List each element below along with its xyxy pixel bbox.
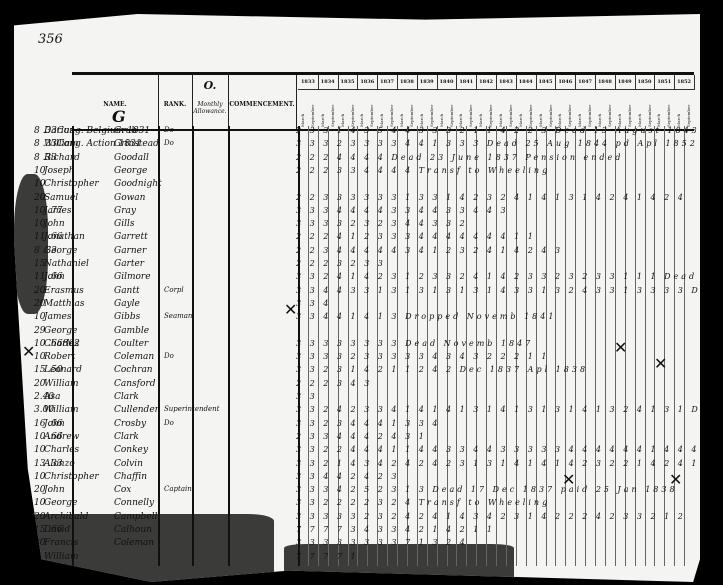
x-mark: ✕ xyxy=(654,354,667,373)
rank: Seaman xyxy=(164,312,192,320)
ledger-row: DariusGrubDo8 .33Cong. Belgium 18312 3 3… xyxy=(34,126,694,140)
first-name: Charles xyxy=(44,339,79,349)
last-name: Gibbs xyxy=(114,312,140,322)
first-name: Francis xyxy=(44,538,78,548)
payment-marks: 2 3 3 4 4 4 2 4 3 1 xyxy=(296,432,427,441)
rank: Do xyxy=(164,352,174,360)
ledger-row: ErasmusGanttCorpl203 3 4 4 3 3 1 3 1 3 1… xyxy=(34,286,694,300)
payment-marks: 3 3 2 2 2 2 3 2 4 Transf to Wheeling xyxy=(296,498,550,507)
payment-marks: 2 3 3 1 4 3 5 4 4 3 3 3 2 1 1 4 2 2 3 De… xyxy=(296,126,700,135)
sub-column-header: September xyxy=(369,91,379,127)
sub-column-header: March xyxy=(320,91,330,127)
first-name: Jonathan xyxy=(44,232,85,242)
ledger-row: LeonardCochran15 .503 3 2 3 1 4 2 1 1 2 … xyxy=(34,365,694,379)
year-header: 1849 xyxy=(615,75,636,90)
first-name: George xyxy=(44,246,77,256)
year-header: 1838 xyxy=(397,75,418,90)
last-name: George xyxy=(114,166,147,176)
sub-column-header: March xyxy=(656,91,666,127)
x-mark: ✕ xyxy=(614,338,627,357)
last-name: Goodnight xyxy=(114,179,162,189)
payment-marks: 3 3 xyxy=(296,392,318,401)
sub-column-header: March xyxy=(617,91,627,127)
rank: Do xyxy=(164,419,174,427)
sub-column-header: March xyxy=(637,91,647,127)
year-header: 1843 xyxy=(496,75,517,90)
ledger-row: WilliamCansford202 2 2 3 4 3 xyxy=(34,379,694,393)
payment-marks: 3 3 4 4 3 3 1 3 1 3 1 3 1 3 1 4 3 3 1 3 … xyxy=(296,286,723,295)
x-mark: ✕ xyxy=(562,470,575,489)
last-name: Coleman xyxy=(114,352,154,362)
payment-marks: 2 2 2 4 4 4 4 Dead 23 June 1837 Pension … xyxy=(296,153,623,162)
sub-column-header: March xyxy=(300,91,310,127)
ledger-row: ArchibaldCampbell203 3 3 3 3 2 3 2 4 2 4… xyxy=(34,512,694,526)
first-name: William xyxy=(44,139,79,149)
sub-column-header: September xyxy=(647,91,657,127)
payment-marks: 3 3 2 4 1 4 2 3 1 2 3 3 2 4 1 4 2 3 3 2 … xyxy=(296,272,723,281)
last-name: Gray xyxy=(114,206,136,216)
rank: Captain xyxy=(164,485,192,493)
payment-marks: 3 3 3 3 2 3 2 3 4 4 3 3 2 xyxy=(296,219,468,228)
ledger-row: JamesGray10 .773 3 3 4 4 4 4 3 3 4 4 3 3… xyxy=(34,206,694,220)
payment-marks: 3 3 2 3 1 4 2 1 1 2 4 2 Dec 1837 Apl 183… xyxy=(296,365,588,374)
ledger-row: ChristopherGoodnight10 xyxy=(34,179,694,193)
sub-column-header: September xyxy=(627,91,637,127)
year-header: 1845 xyxy=(536,75,557,90)
last-name: Calhoun xyxy=(114,525,152,535)
sub-column-header: September xyxy=(409,91,419,127)
ledger-row: GeorgeGamble29 xyxy=(34,326,694,340)
ledger-row: JohnGills103 3 3 3 2 3 2 3 4 4 3 3 2 xyxy=(34,219,694,233)
sub-column-header: March xyxy=(399,91,409,127)
first-name: William xyxy=(44,379,79,389)
ledger-row: JohnCrosbyDo16 .663 3 2 3 4 4 4 1 3 3 4 xyxy=(34,419,694,433)
year-header: 1844 xyxy=(516,75,537,90)
first-name: Darius xyxy=(44,126,74,136)
payment-marks: 3 3 3 3 3 3 3 3 7 1 3 2 4 xyxy=(296,538,468,547)
first-name: Christopher xyxy=(44,472,99,482)
sub-column-header: March xyxy=(478,91,488,127)
sub-column-header: March xyxy=(538,91,548,127)
ledger-row: CharlesConkey103 3 2 2 4 4 4 1 1 4 4 3 3… xyxy=(34,445,694,459)
first-name: Richard xyxy=(44,153,80,163)
sub-column-header: March xyxy=(439,91,449,127)
ledger-row: DavidCalhoun15 .667 7 7 7 3 4 3 3 4 2 1 … xyxy=(34,525,694,539)
ledger-row: AsaClark2.403 3 xyxy=(34,392,694,406)
first-name: Erasmus xyxy=(44,286,84,296)
sub-column-header: March xyxy=(379,91,389,127)
ledger-row: AlonzoColvin13 .333 3 2 1 4 3 4 2 4 2 4 … xyxy=(34,459,694,473)
ledger-row: SamuelGowan202 2 3 3 3 3 3 3 1 3 3 1 4 2… xyxy=(34,193,694,207)
last-name: Garrett xyxy=(114,232,148,242)
year-header: 1851 xyxy=(654,75,675,90)
sub-column-header: September xyxy=(666,91,676,127)
last-name: Gamble xyxy=(114,326,149,336)
payment-marks: 3 3 3 4 4 4 4 3 3 4 4 3 3 4 4 3 xyxy=(296,206,509,215)
sub-column-header: March xyxy=(676,91,686,127)
x-mark: ✕ xyxy=(22,342,35,361)
payment-marks: 3 3 2 1 4 3 4 2 4 2 4 2 3 1 3 1 4 1 4 1 … xyxy=(296,459,713,468)
payment-marks: 3 3 4 4 1 4 1 3 Dropped Novemb 1841 xyxy=(296,312,556,321)
sub-column-header: March xyxy=(498,91,508,127)
year-header: 1842 xyxy=(476,75,497,90)
first-name: George xyxy=(44,498,77,508)
commencement-column-header: COMMENCEMENT. xyxy=(228,75,297,129)
sub-column-header: March xyxy=(419,91,429,127)
ledger-row: GeorgeConnelly103 3 2 2 2 2 3 2 4 Transf… xyxy=(34,498,694,512)
first-name: John xyxy=(44,219,65,229)
year-header: 1834 xyxy=(318,75,339,90)
year-header: 1846 xyxy=(555,75,576,90)
rank: Superintendent xyxy=(164,405,219,413)
first-name: John xyxy=(44,485,65,495)
sub-column-header: September xyxy=(548,91,558,127)
first-name: David xyxy=(44,525,70,535)
ledger-row: JonathanGarrett11 .662 2 2 4 1 2 3 3 3 4… xyxy=(34,232,694,246)
first-name: Andrew xyxy=(44,432,79,442)
payment-marks: 3 3 3 3 3 3 3 3 Dead Novemb 1847 xyxy=(296,339,533,348)
sub-column-header: March xyxy=(577,91,587,127)
last-name: Garter xyxy=(114,259,144,269)
payment-marks: 3 3 3 2 3 3 3 3 4 4 1 3 3 3 Dead 25 Aug … xyxy=(296,139,698,148)
first-name: Christopher xyxy=(44,179,99,189)
payment-marks: 2 2 2 3 2 3 3 xyxy=(296,259,386,268)
sub-column-header: March xyxy=(597,91,607,127)
year-header: 1850 xyxy=(635,75,656,90)
first-name: Leonard xyxy=(44,365,82,375)
year-header: 1833 xyxy=(298,75,319,90)
ledger-row: JohnCoxCaptain203 3 3 4 2 5 2 3 1 3 Dead… xyxy=(34,485,694,499)
last-name: Connelly xyxy=(114,498,154,508)
first-name: George xyxy=(44,326,77,336)
sub-column-header: March xyxy=(359,91,369,127)
rank: Do xyxy=(164,126,174,134)
ledger-row: WilliamCullendenSuperintendent3.003 3 2 … xyxy=(34,405,694,419)
year-header: 1835 xyxy=(338,75,359,90)
sub-column-header: September xyxy=(330,91,340,127)
first-name: Samuel xyxy=(44,193,78,203)
last-name: Cullenden xyxy=(114,405,160,415)
year-header: 1839 xyxy=(417,75,438,90)
x-mark: ✕ xyxy=(284,300,297,319)
year-header: 1840 xyxy=(437,75,458,90)
last-name: Coleman xyxy=(114,538,154,548)
ledger-row: RobertColemanDo103 3 3 3 2 3 3 3 3 3 4 3… xyxy=(34,352,694,366)
last-name: Goodall xyxy=(114,153,149,163)
payment-marks: 3 3 3 4 2 5 2 3 1 3 Dead 17 Dec 1837 pai… xyxy=(296,485,678,494)
section-letter: G xyxy=(112,107,126,126)
sub-column-header: September xyxy=(429,91,439,127)
ledger-row: NathanielGarter152 2 2 3 2 3 3 xyxy=(34,259,694,273)
x-mark: ✕ xyxy=(669,470,682,489)
first-name: William xyxy=(44,405,79,415)
allowance-column-header: O. Monthly Allowance. xyxy=(192,75,229,129)
year-header: 1848 xyxy=(595,75,616,90)
last-name: Gowan xyxy=(114,193,145,203)
last-name: Grinstead xyxy=(114,139,159,149)
last-name: Conkey xyxy=(114,445,148,455)
year-header: 1847 xyxy=(575,75,596,90)
sub-column-header: March xyxy=(458,91,468,127)
payment-marks: 2 2 3 4 4 4 4 4 3 4 1 2 3 2 4 1 4 2 4 3 xyxy=(296,246,563,255)
payment-marks: 3 3 2 2 4 4 4 1 1 4 4 3 3 4 4 3 3 3 3 3 … xyxy=(296,445,699,454)
first-name: Charles xyxy=(44,445,79,455)
sub-column-header: September xyxy=(528,91,538,127)
last-name: Colvin xyxy=(114,459,143,469)
payment-marks: 3 3 4 xyxy=(296,299,331,308)
payment-marks: 7 7 7 7 3 4 3 3 4 2 1 4 2 1 1 xyxy=(296,525,495,534)
first-name: James xyxy=(44,312,71,322)
ledger-row: WilliamGrinsteadDo8 .33Cong. Action 1831… xyxy=(34,139,694,153)
payment-marks: 3 3 4 4 2 4 2 3 xyxy=(296,472,400,481)
year-header: 1836 xyxy=(357,75,378,90)
sub-column-header: March xyxy=(340,91,350,127)
payment-marks: 3 3 2 3 4 4 4 1 3 3 4 xyxy=(296,419,440,428)
payment-marks: 3 3 3 3 3 2 3 2 4 2 4 1 4 3 4 2 3 1 4 2 … xyxy=(296,512,686,521)
first-name: Matthias xyxy=(44,299,84,309)
last-name: Coulter xyxy=(114,339,148,349)
sub-column-header: September xyxy=(350,91,360,127)
name-column-header: NAME. G xyxy=(72,75,159,129)
first-name: William xyxy=(44,552,79,562)
payment-marks: 2 2 3 3 3 3 3 3 1 3 3 1 4 2 3 2 4 1 4 1 … xyxy=(296,193,686,202)
sub-column-header: September xyxy=(389,91,399,127)
sub-column-header: September xyxy=(449,91,459,127)
payment-marks: 2 2 2 3 3 4 4 4 4 Transf to Wheeling xyxy=(296,166,550,175)
ledger-row: JamesGibbsSeaman103 3 4 4 1 4 1 3 Droppe… xyxy=(34,312,694,326)
ledger-row: MatthiasGayle203 3 4 xyxy=(34,299,694,313)
sub-column-header: September xyxy=(567,91,577,127)
last-name: Chaffin xyxy=(114,472,147,482)
last-name: Gayle xyxy=(114,299,140,309)
last-name: Crosby xyxy=(114,419,146,429)
last-name: Clark xyxy=(114,432,139,442)
payment-marks: 2 2 2 4 1 2 3 3 3 4 4 4 4 4 4 4 1 1 xyxy=(296,232,536,241)
sub-column-header: September xyxy=(488,91,498,127)
ledger-row: RichardGoodall8 .332 2 2 4 4 4 4 Dead 23… xyxy=(34,153,694,167)
payment-marks: 7 7 7 7 1 xyxy=(296,552,359,561)
sub-column-header: September xyxy=(686,91,696,127)
ledger-row: GeorgeGarner8 .332 2 3 4 4 4 4 4 3 4 1 2… xyxy=(34,246,694,260)
last-name: Cansford xyxy=(114,379,155,389)
first-name: Asa xyxy=(44,392,60,402)
payment-marks: 3 3 2 4 2 3 3 4 1 4 1 4 1 3 1 4 1 3 1 3 … xyxy=(296,405,723,414)
ledger-row: AndrewClark10 .662 3 3 4 4 4 2 4 3 1 xyxy=(34,432,694,446)
last-name: Cox xyxy=(114,485,131,495)
ledger-row: William7 7 7 7 1 xyxy=(34,552,694,566)
sub-column-header: September xyxy=(587,91,597,127)
sub-column-header: September xyxy=(310,91,320,127)
sub-column-header: September xyxy=(508,91,518,127)
ledger-row: JosephGeorge102 2 2 3 3 4 4 4 4 Transf t… xyxy=(34,166,694,180)
ledger-row: CharlesCoulter10 .668623 3 3 3 3 3 3 3 D… xyxy=(34,339,694,353)
first-name: James xyxy=(44,206,71,216)
first-name: Joseph xyxy=(44,166,75,176)
year-header: 1841 xyxy=(456,75,477,90)
ledger-row: JohnGilmore11 .663 3 2 4 1 4 2 3 1 2 3 3… xyxy=(34,272,694,286)
ledger-row: ChristopherChaffin103 3 4 4 2 4 2 3 xyxy=(34,472,694,486)
last-name: Cochran xyxy=(114,365,153,375)
table-header: NAME. G RANK. O. Monthly Allowance. COMM… xyxy=(72,72,694,131)
payment-marks: 2 2 2 3 4 3 xyxy=(296,379,372,388)
first-name: Archibald xyxy=(44,512,88,522)
last-name: Gilmore xyxy=(114,272,151,282)
last-name: Clark xyxy=(114,392,139,402)
page-number: 356 xyxy=(38,32,63,47)
rank: Corpl xyxy=(164,286,184,294)
last-name: Garner xyxy=(114,246,146,256)
last-name: Campbell xyxy=(114,512,157,522)
first-name: Robert xyxy=(44,352,75,362)
first-name: Nathaniel xyxy=(44,259,89,269)
first-name: Alonzo xyxy=(44,459,75,469)
payment-marks: 3 3 3 3 2 3 3 3 3 3 4 3 4 3 2 2 2 1 1 xyxy=(296,352,549,361)
last-name: Gantt xyxy=(114,286,140,296)
ledger-row: FrancisColeman203 3 3 3 3 3 3 3 7 1 3 2 … xyxy=(34,538,694,552)
ledger-page: 356 NAME. G RANK. O. Monthly Allowance. … xyxy=(14,14,700,582)
sub-column-header: March xyxy=(518,91,528,127)
rank: Do xyxy=(164,139,174,147)
rank-column-header: RANK. xyxy=(158,75,193,129)
last-name: Grub xyxy=(114,126,137,136)
first-name: John xyxy=(44,419,65,429)
year-header: 1837 xyxy=(377,75,398,90)
last-name: Gills xyxy=(114,219,134,229)
year-columns: 1833MarchSeptember1834MarchSeptember1835… xyxy=(298,75,694,129)
sub-column-header: September xyxy=(607,91,617,127)
first-name: John xyxy=(44,272,65,282)
sub-column-header: September xyxy=(468,91,478,127)
sub-column-header: March xyxy=(557,91,567,127)
year-header: 1852 xyxy=(674,75,695,90)
